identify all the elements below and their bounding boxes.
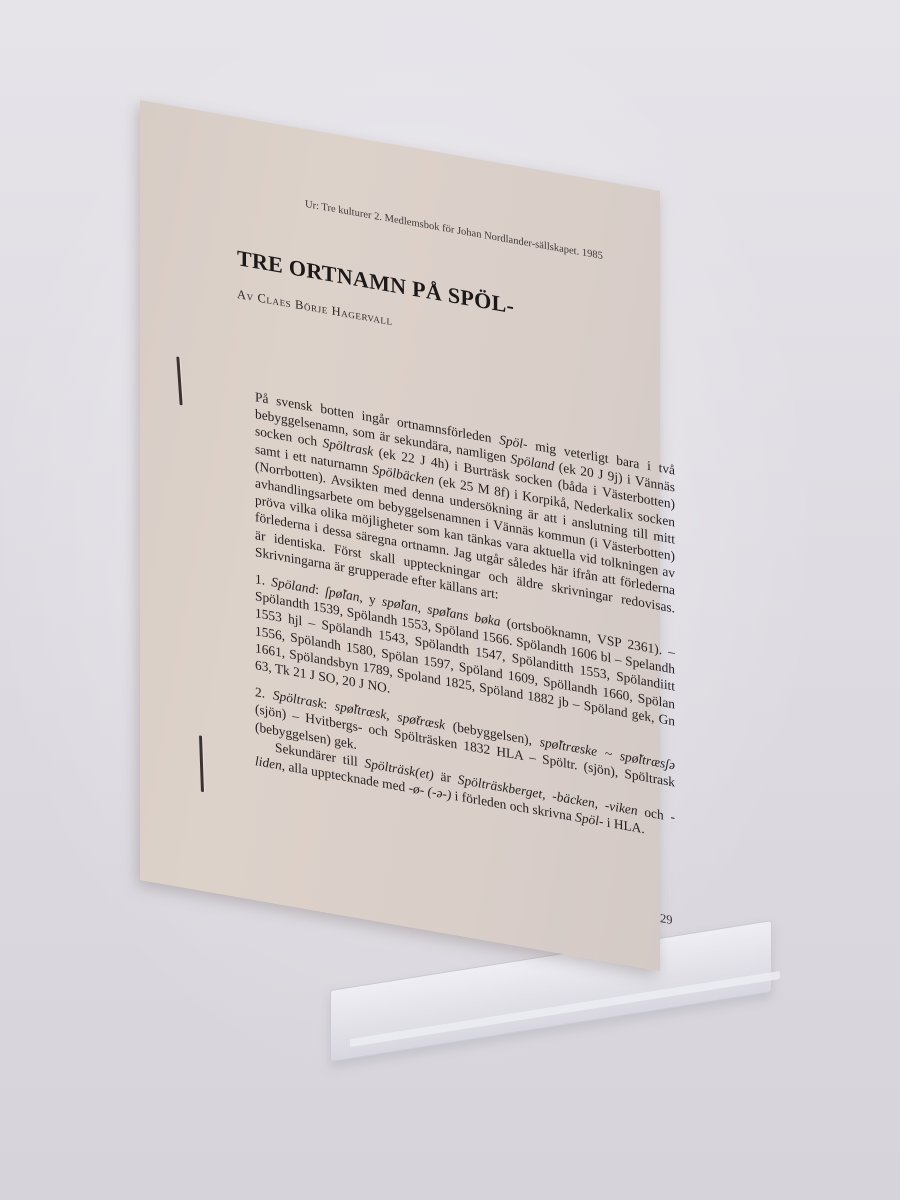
- staple-top: [176, 357, 182, 406]
- source-citation: Ur: Tre kulturer 2. Medlemsbok för Johan…: [305, 199, 603, 262]
- page-content: Ur: Tre kulturer 2. Medlemsbok för Johan…: [140, 100, 740, 1025]
- staple-bottom: [199, 735, 204, 792]
- booklet-page: Ur: Tre kulturer 2. Medlemsbok för Johan…: [140, 100, 660, 971]
- page-number: 29: [660, 911, 673, 928]
- article-body: På svensk botten ingår ortnamnsförleden …: [255, 388, 675, 843]
